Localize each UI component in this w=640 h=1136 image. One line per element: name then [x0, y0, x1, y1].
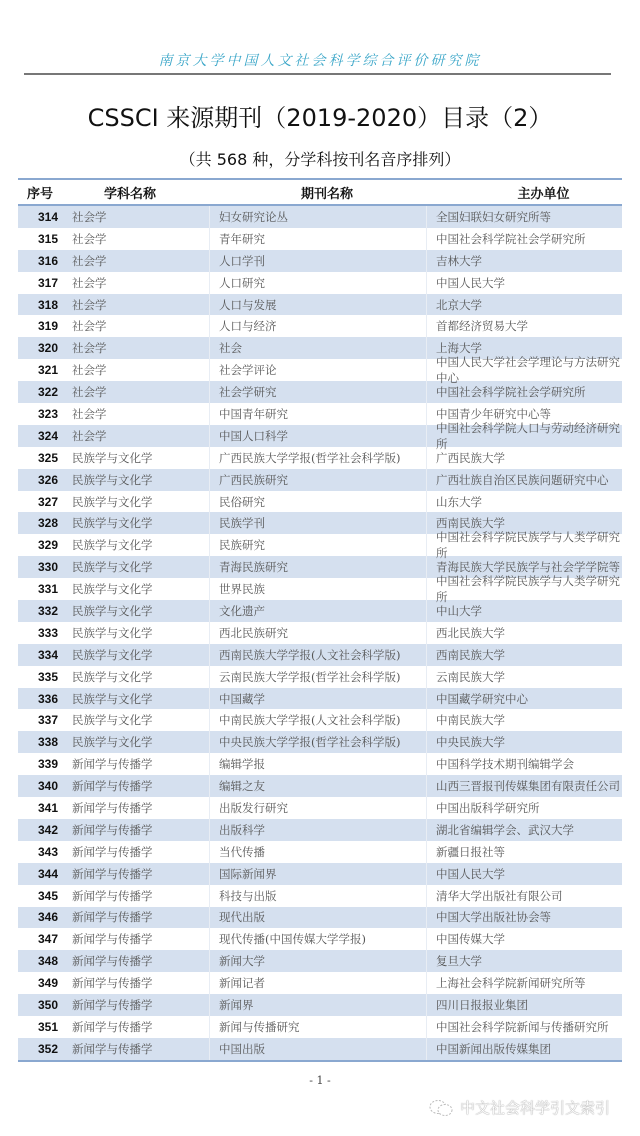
row-journal: 西南民族大学学报(人文社会科学版) [210, 644, 427, 666]
row-subject: 新闻学与传播学 [68, 841, 210, 863]
table-row: 346新闻学与传播学现代出版中国大学出版社协会等 [18, 907, 622, 929]
row-number: 316 [18, 254, 68, 268]
row-subject: 新闻学与传播学 [68, 753, 210, 775]
table-row: 315社会学青年研究中国社会科学院社会学研究所 [18, 228, 622, 250]
row-number: 332 [18, 604, 68, 618]
row-subject: 民族学与文化学 [68, 556, 210, 578]
row-subject: 民族学与文化学 [68, 600, 210, 622]
row-journal: 社会 [210, 337, 427, 359]
row-subject: 民族学与文化学 [68, 534, 210, 556]
row-subject: 新闻学与传播学 [68, 928, 210, 950]
institute-header: 南京大学中国人文社会科学综合评价研究院 [0, 50, 640, 70]
col-header-number: 序号 [18, 183, 78, 202]
row-journal: 新闻大学 [210, 950, 427, 972]
row-number: 330 [18, 560, 68, 574]
table-header: 序号 学科名称 期刊名称 主办单位 [18, 178, 622, 206]
row-subject: 社会学 [68, 294, 210, 316]
row-number: 347 [18, 932, 68, 946]
row-number: 344 [18, 867, 68, 881]
table-row: 347新闻学与传播学现代传播(中国传媒大学学报)中国传媒大学 [18, 928, 622, 950]
row-journal: 民族研究 [210, 534, 427, 556]
row-subject: 社会学 [68, 315, 210, 337]
row-sponsor: 中南民族大学 [427, 709, 622, 731]
row-subject: 新闻学与传播学 [68, 907, 210, 929]
row-subject: 社会学 [68, 337, 210, 359]
row-journal: 新闻界 [210, 994, 427, 1016]
page-title: CSSCI 来源期刊（2019-2020）目录（2） [0, 98, 640, 133]
row-journal: 妇女研究论丛 [210, 206, 427, 228]
row-subject: 新闻学与传播学 [68, 885, 210, 907]
row-subject: 社会学 [68, 272, 210, 294]
row-subject: 社会学 [68, 250, 210, 272]
table-row: 326民族学与文化学广西民族研究广西壮族自治区民族问题研究中心 [18, 469, 622, 491]
row-journal: 新闻与传播研究 [210, 1016, 427, 1038]
row-number: 323 [18, 407, 68, 421]
table-row: 342新闻学与传播学出版科学湖北省编辑学会、武汉大学 [18, 819, 622, 841]
row-sponsor: 上海社会科学院新闻研究所等 [427, 972, 622, 994]
watermark-text: 中文社会科学引文索引 [460, 1097, 610, 1118]
row-number: 336 [18, 692, 68, 706]
table-row: 325民族学与文化学广西民族大学学报(哲学社会科学版)广西民族大学 [18, 447, 622, 469]
header-divider [24, 73, 611, 75]
table-row: 348新闻学与传播学新闻大学复旦大学 [18, 950, 622, 972]
page-number: - 1 - [0, 1074, 640, 1087]
table-row: 352新闻学与传播学中国出版中国新闻出版传媒集团 [18, 1038, 622, 1060]
table-row: 340新闻学与传播学编辑之友山西三晋报刊传媒集团有限责任公司 [18, 775, 622, 797]
row-journal: 编辑学报 [210, 753, 427, 775]
table-row: 343新闻学与传播学当代传播新疆日报社等 [18, 841, 622, 863]
row-number: 317 [18, 276, 68, 290]
row-sponsor: 中国社会科学院民族学与人类学研究所 [427, 578, 622, 600]
col-header-journal: 期刊名称 [219, 180, 435, 204]
row-subject: 新闻学与传播学 [68, 819, 210, 841]
row-subject: 社会学 [68, 403, 210, 425]
row-journal: 民族学刊 [210, 512, 427, 534]
page-subtitle: （共 568 种，分学科按刊名音序排列） [0, 147, 640, 170]
row-subject: 民族学与文化学 [68, 709, 210, 731]
row-subject: 民族学与文化学 [68, 512, 210, 534]
table-row: 350新闻学与传播学新闻界四川日报报业集团 [18, 994, 622, 1016]
row-number: 349 [18, 976, 68, 990]
table-row: 327民族学与文化学民俗研究山东大学 [18, 491, 622, 513]
row-subject: 民族学与文化学 [68, 731, 210, 753]
row-sponsor: 中国传媒大学 [427, 928, 622, 950]
row-subject: 新闻学与传播学 [68, 1016, 210, 1038]
row-number: 334 [18, 648, 68, 662]
row-subject: 社会学 [68, 381, 210, 403]
row-sponsor: 中国大学出版社协会等 [427, 907, 622, 929]
table-row: 339新闻学与传播学编辑学报中国科学技术期刊编辑学会 [18, 753, 622, 775]
row-journal: 中国人口科学 [210, 425, 427, 447]
col-header-sponsor: 主办单位 [435, 180, 622, 204]
row-number: 320 [18, 341, 68, 355]
row-journal: 广西民族大学学报(哲学社会科学版) [210, 447, 427, 469]
row-journal: 人口与发展 [210, 294, 427, 316]
row-sponsor: 中国社会科学院民族学与人类学研究所 [427, 534, 622, 556]
row-subject: 新闻学与传播学 [68, 863, 210, 885]
row-journal: 科技与出版 [210, 885, 427, 907]
row-subject: 民族学与文化学 [68, 578, 210, 600]
row-journal: 中国出版 [210, 1038, 427, 1060]
row-subject: 民族学与文化学 [68, 491, 210, 513]
row-journal: 西北民族研究 [210, 622, 427, 644]
table-row: 329民族学与文化学民族研究中国社会科学院民族学与人类学研究所 [18, 534, 622, 556]
row-journal: 青海民族研究 [210, 556, 427, 578]
row-subject: 新闻学与传播学 [68, 994, 210, 1016]
row-sponsor: 西北民族大学 [427, 622, 622, 644]
row-subject: 社会学 [68, 359, 210, 381]
row-subject: 社会学 [68, 228, 210, 250]
table-bottom-rule [18, 1060, 622, 1062]
table-row: 337民族学与文化学中南民族大学学报(人文社会科学版)中南民族大学 [18, 709, 622, 731]
table-row: 336民族学与文化学中国藏学中国藏学研究中心 [18, 688, 622, 710]
row-sponsor: 中国新闻出版传媒集团 [427, 1038, 622, 1060]
row-journal: 国际新闻界 [210, 863, 427, 885]
row-journal: 云南民族大学学报(哲学社会科学版) [210, 666, 427, 688]
row-subject: 社会学 [68, 206, 210, 228]
row-number: 331 [18, 582, 68, 596]
row-sponsor: 中国社会科学院新闻与传播研究所 [427, 1016, 622, 1038]
row-journal: 青年研究 [210, 228, 427, 250]
watermark: 中文社会科学引文索引 [428, 1097, 610, 1118]
row-number: 329 [18, 538, 68, 552]
row-subject: 民族学与文化学 [68, 447, 210, 469]
row-number: 348 [18, 954, 68, 968]
row-journal: 当代传播 [210, 841, 427, 863]
row-sponsor: 中央民族大学 [427, 731, 622, 753]
row-sponsor: 全国妇联妇女研究所等 [427, 206, 622, 228]
row-subject: 社会学 [68, 425, 210, 447]
row-number: 337 [18, 713, 68, 727]
row-number: 352 [18, 1042, 68, 1056]
row-journal: 现代传播(中国传媒大学学报) [210, 928, 427, 950]
table-row: 338民族学与文化学中央民族大学学报(哲学社会科学版)中央民族大学 [18, 731, 622, 753]
row-number: 342 [18, 823, 68, 837]
table-row: 344新闻学与传播学国际新闻界中国人民大学 [18, 863, 622, 885]
table-row: 332民族学与文化学文化遗产中山大学 [18, 600, 622, 622]
row-journal: 世界民族 [210, 578, 427, 600]
table-row: 322社会学社会学研究中国社会科学院社会学研究所 [18, 381, 622, 403]
row-number: 351 [18, 1020, 68, 1034]
row-sponsor: 广西壮族自治区民族问题研究中心 [427, 469, 622, 491]
row-subject: 民族学与文化学 [68, 666, 210, 688]
row-sponsor: 复旦大学 [427, 950, 622, 972]
row-number: 325 [18, 451, 68, 465]
row-sponsor: 中国藏学研究中心 [427, 688, 622, 710]
table-row: 318社会学人口与发展北京大学 [18, 294, 622, 316]
row-subject: 新闻学与传播学 [68, 775, 210, 797]
row-sponsor: 西南民族大学 [427, 644, 622, 666]
row-sponsor: 中国科学技术期刊编辑学会 [427, 753, 622, 775]
row-subject: 新闻学与传播学 [68, 972, 210, 994]
row-number: 321 [18, 363, 68, 377]
row-sponsor: 首都经济贸易大学 [427, 315, 622, 337]
row-subject: 新闻学与传播学 [68, 1038, 210, 1060]
row-journal: 人口与经济 [210, 315, 427, 337]
journal-table: 序号 学科名称 期刊名称 主办单位 314社会学妇女研究论丛全国妇联妇女研究所等… [18, 178, 622, 1062]
row-number: 343 [18, 845, 68, 859]
row-journal: 中南民族大学学报(人文社会科学版) [210, 709, 427, 731]
row-number: 324 [18, 429, 68, 443]
table-body: 314社会学妇女研究论丛全国妇联妇女研究所等315社会学青年研究中国社会科学院社… [18, 206, 622, 1060]
row-journal: 出版科学 [210, 819, 427, 841]
row-number: 338 [18, 735, 68, 749]
row-journal: 现代出版 [210, 907, 427, 929]
row-sponsor: 中国人民大学社会学理论与方法研究中心 [427, 359, 622, 381]
row-sponsor: 中国人民大学 [427, 272, 622, 294]
row-journal: 广西民族研究 [210, 469, 427, 491]
row-sponsor: 中国社会科学院人口与劳动经济研究所 [427, 425, 622, 447]
row-journal: 中央民族大学学报(哲学社会科学版) [210, 731, 427, 753]
row-sponsor: 中山大学 [427, 600, 622, 622]
row-journal: 新闻记者 [210, 972, 427, 994]
row-number: 350 [18, 998, 68, 1012]
table-row: 335民族学与文化学云南民族大学学报(哲学社会科学版)云南民族大学 [18, 666, 622, 688]
row-number: 322 [18, 385, 68, 399]
row-journal: 人口学刊 [210, 250, 427, 272]
row-journal: 人口研究 [210, 272, 427, 294]
row-number: 318 [18, 298, 68, 312]
row-number: 327 [18, 495, 68, 509]
row-number: 333 [18, 626, 68, 640]
row-journal: 编辑之友 [210, 775, 427, 797]
row-subject: 新闻学与传播学 [68, 950, 210, 972]
table-row: 321社会学社会学评论中国人民大学社会学理论与方法研究中心 [18, 359, 622, 381]
row-subject: 民族学与文化学 [68, 469, 210, 491]
row-number: 314 [18, 210, 68, 224]
row-number: 335 [18, 670, 68, 684]
table-row: 333民族学与文化学西北民族研究西北民族大学 [18, 622, 622, 644]
table-row: 341新闻学与传播学出版发行研究中国出版科学研究所 [18, 797, 622, 819]
row-sponsor: 四川日报报业集团 [427, 994, 622, 1016]
table-row: 314社会学妇女研究论丛全国妇联妇女研究所等 [18, 206, 622, 228]
row-sponsor: 中国社会科学院社会学研究所 [427, 381, 622, 403]
wechat-icon [428, 1099, 454, 1117]
row-sponsor: 湖北省编辑学会、武汉大学 [427, 819, 622, 841]
table-row: 316社会学人口学刊吉林大学 [18, 250, 622, 272]
row-sponsor: 中国社会科学院社会学研究所 [427, 228, 622, 250]
row-journal: 社会学研究 [210, 381, 427, 403]
row-subject: 民族学与文化学 [68, 622, 210, 644]
row-number: 328 [18, 516, 68, 530]
row-number: 319 [18, 319, 68, 333]
row-sponsor: 中国人民大学 [427, 863, 622, 885]
row-subject: 民族学与文化学 [68, 688, 210, 710]
row-sponsor: 北京大学 [427, 294, 622, 316]
row-journal: 出版发行研究 [210, 797, 427, 819]
table-row: 349新闻学与传播学新闻记者上海社会科学院新闻研究所等 [18, 972, 622, 994]
row-number: 340 [18, 779, 68, 793]
table-row: 351新闻学与传播学新闻与传播研究中国社会科学院新闻与传播研究所 [18, 1016, 622, 1038]
col-header-subject: 学科名称 [78, 180, 219, 204]
row-journal: 文化遗产 [210, 600, 427, 622]
row-number: 345 [18, 889, 68, 903]
table-row: 319社会学人口与经济首都经济贸易大学 [18, 315, 622, 337]
row-journal: 中国青年研究 [210, 403, 427, 425]
row-subject: 民族学与文化学 [68, 644, 210, 666]
row-journal: 中国藏学 [210, 688, 427, 710]
row-number: 346 [18, 910, 68, 924]
row-sponsor: 吉林大学 [427, 250, 622, 272]
row-subject: 新闻学与传播学 [68, 797, 210, 819]
row-number: 326 [18, 473, 68, 487]
row-journal: 民俗研究 [210, 491, 427, 513]
row-sponsor: 中国出版科学研究所 [427, 797, 622, 819]
row-sponsor: 广西民族大学 [427, 447, 622, 469]
table-row: 345新闻学与传播学科技与出版清华大学出版社有限公司 [18, 885, 622, 907]
table-row: 331民族学与文化学世界民族中国社会科学院民族学与人类学研究所 [18, 578, 622, 600]
row-number: 315 [18, 232, 68, 246]
row-sponsor: 山西三晋报刊传媒集团有限责任公司 [427, 775, 622, 797]
table-row: 324社会学中国人口科学中国社会科学院人口与劳动经济研究所 [18, 425, 622, 447]
row-journal: 社会学评论 [210, 359, 427, 381]
row-sponsor: 云南民族大学 [427, 666, 622, 688]
row-sponsor: 清华大学出版社有限公司 [427, 885, 622, 907]
table-row: 334民族学与文化学西南民族大学学报(人文社会科学版)西南民族大学 [18, 644, 622, 666]
row-sponsor: 山东大学 [427, 491, 622, 513]
row-number: 339 [18, 757, 68, 771]
row-sponsor: 新疆日报社等 [427, 841, 622, 863]
row-number: 341 [18, 801, 68, 815]
table-row: 317社会学人口研究中国人民大学 [18, 272, 622, 294]
